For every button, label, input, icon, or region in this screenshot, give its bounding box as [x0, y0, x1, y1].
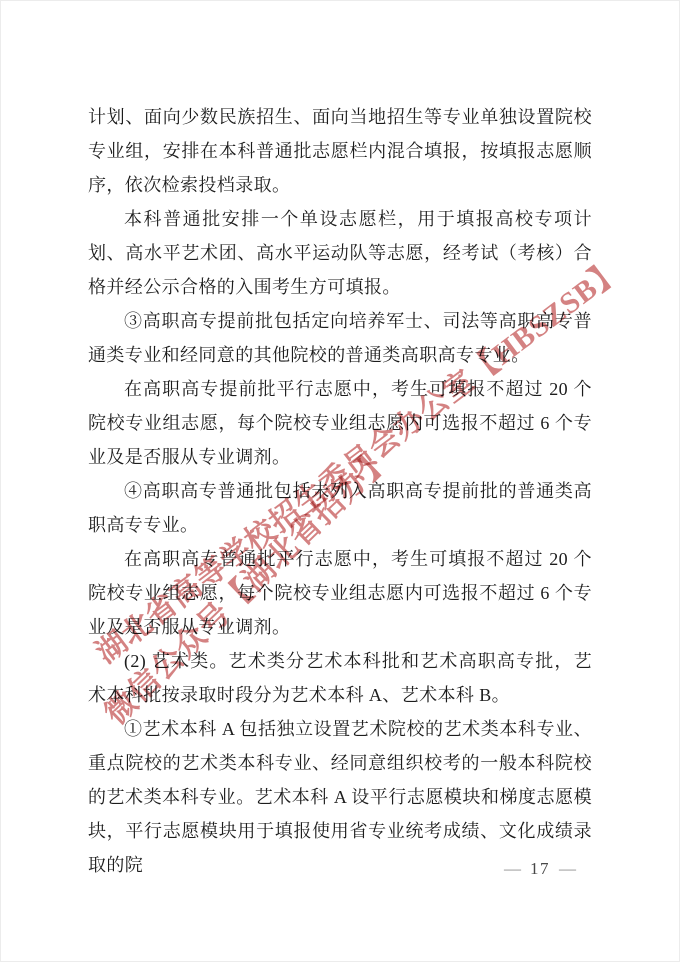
- paragraph: 计划、面向少数民族招生、面向当地招生等专业单独设置院校专业组，安排在本科普通批志…: [88, 100, 592, 202]
- document-page: 计划、面向少数民族招生、面向当地招生等专业单独设置院校专业组，安排在本科普通批志…: [0, 0, 680, 962]
- page-number-value: 17: [530, 859, 550, 878]
- paragraph: (2) 艺术类。艺术类分艺术本科批和艺术高职高专批，艺术本科批按录取时段分为艺术…: [88, 644, 592, 712]
- document-body: 计划、面向少数民族招生、面向当地招生等专业单独设置院校专业组，安排在本科普通批志…: [88, 100, 592, 882]
- paragraph: ③高职高专提前批包括定向培养军士、司法等高职高专普通类专业和经同意的其他院校的普…: [88, 304, 592, 372]
- paragraph: 在高职高专提前批平行志愿中，考生可填报不超过 20 个院校专业组志愿，每个院校专…: [88, 372, 592, 474]
- page-number: —17—: [477, 859, 603, 879]
- paragraph: ④高职高专普通批包括未列入高职高专提前批的普通类高职高专专业。: [88, 474, 592, 542]
- paragraph: ①艺术本科 A 包括独立设置艺术院校的艺术类本科专业、重点院校的艺术类本科专业、…: [88, 712, 592, 882]
- paragraph: 在高职高专普通批平行志愿中，考生可填报不超过 20 个院校专业组志愿，每个院校专…: [88, 542, 592, 644]
- page-number-dash-left: —: [504, 859, 521, 878]
- page-number-dash-right: —: [559, 859, 576, 878]
- paragraph: 本科普通批安排一个单设志愿栏，用于填报高校专项计划、高水平艺术团、高水平运动队等…: [88, 202, 592, 304]
